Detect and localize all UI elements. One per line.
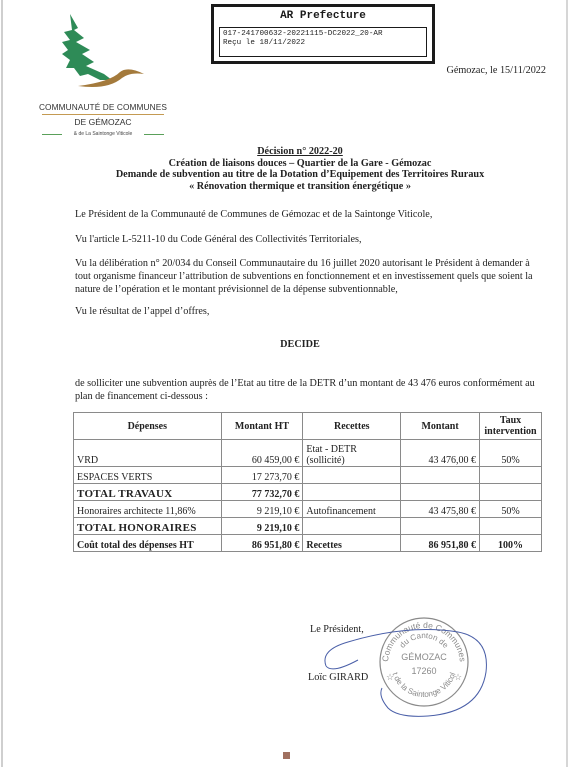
cell-montant [401, 518, 480, 535]
cell-recette [303, 467, 401, 484]
paragraph-appel-offres: Vu le résultat de l’appel d’offres, [75, 305, 545, 318]
cell-recette: Recettes [303, 535, 401, 552]
header-taux: Taux intervention [479, 413, 541, 440]
document-date: Gémozac, le 15/11/2022 [372, 65, 546, 76]
heading-line-1: Création de liaisons douces – Quartier d… [60, 158, 540, 170]
cell-montant-ht: 60 459,00 € [221, 440, 303, 467]
table-row: ESPACES VERTS 17 273,70 € [74, 467, 542, 484]
cell-montant-ht: 77 732,70 € [221, 484, 303, 501]
cell-depense: TOTAL HONORAIRES [74, 518, 222, 535]
heading-line-2: Demande de subvention au titre de la Dot… [60, 169, 540, 181]
leaf-bird-icon [60, 10, 150, 95]
logo-rule [42, 114, 164, 115]
cell-depense: TOTAL TRAVAUX [74, 484, 222, 501]
logo-dash-right [144, 134, 164, 135]
table-row: VRD 60 459,00 € Etat - DETR (sollicité) … [74, 440, 542, 467]
ar-reference: 017-241700632-20221115-DC2022_20-AR [223, 30, 423, 39]
table-row: Honoraires architecte 11,86% 9 219,10 € … [74, 501, 542, 518]
paragraph-solliciter: de solliciter une subvention auprès de l… [75, 377, 545, 403]
cell-recette: Autofinancement [303, 501, 401, 518]
page-edge-right [566, 0, 568, 767]
page-edge-left [1, 0, 3, 767]
cell-montant: 43 476,00 € [401, 440, 480, 467]
header-recettes: Recettes [303, 413, 401, 440]
cell-depense: Honoraires architecte 11,86% [74, 501, 222, 518]
table-row: TOTAL HONORAIRES 9 219,10 € [74, 518, 542, 535]
cell-montant [401, 467, 480, 484]
logo-line-1: COMMUNAUTÉ DE COMMUNES [38, 102, 168, 112]
cell-taux: 50% [479, 440, 541, 467]
header-montant: Montant [401, 413, 480, 440]
cell-recette: Etat - DETR (sollicité) [303, 440, 401, 467]
table-row: TOTAL TRAVAUX 77 732,70 € [74, 484, 542, 501]
cell-montant [401, 484, 480, 501]
cell-taux: 50% [479, 501, 541, 518]
paragraph-deliberation: Vu la délibération n° 20/034 du Conseil … [75, 257, 545, 296]
organization-logo: COMMUNAUTÉ DE COMMUNES DE GÉMOZAC & de L… [38, 10, 168, 135]
decide-heading: DECIDE [60, 339, 540, 350]
ar-details: 017-241700632-20221115-DC2022_20-AR Reçu… [219, 27, 427, 57]
ar-received-date: Reçu le 18/11/2022 [223, 39, 423, 48]
cell-montant-ht: 17 273,70 € [221, 467, 303, 484]
footer-mark [283, 752, 290, 759]
cell-depense: Coût total des dépenses HT [74, 535, 222, 552]
cell-recette [303, 518, 401, 535]
cell-montant-ht: 86 951,80 € [221, 535, 303, 552]
paragraph-article: Vu l'article L-5211-10 du Code Général d… [75, 233, 545, 246]
header-depenses: Dépenses [74, 413, 222, 440]
table-header-row: Dépenses Montant HT Recettes Montant Tau… [74, 413, 542, 440]
cell-taux: 100% [479, 535, 541, 552]
ar-prefecture-stamp: AR Prefecture 017-241700632-20221115-DC2… [211, 4, 435, 64]
cell-taux [479, 484, 541, 501]
heading-line-3: « Rénovation thermique et transition éne… [60, 181, 540, 193]
cell-taux [479, 467, 541, 484]
paragraph-president: Le Président de la Communauté de Commune… [75, 208, 545, 221]
cell-taux [479, 518, 541, 535]
decision-heading: Décision n° 2022-20 Création de liaisons… [60, 146, 540, 193]
cell-depense: VRD [74, 440, 222, 467]
decision-title: Décision n° 2022-20 [60, 146, 540, 158]
cell-montant: 86 951,80 € [401, 535, 480, 552]
financing-table: Dépenses Montant HT Recettes Montant Tau… [73, 412, 542, 552]
header-montant-ht: Montant HT [221, 413, 303, 440]
ar-title: AR Prefecture [214, 10, 432, 22]
cell-recette [303, 484, 401, 501]
cell-montant-ht: 9 219,10 € [221, 501, 303, 518]
cell-montant-ht: 9 219,10 € [221, 518, 303, 535]
cell-depense: ESPACES VERTS [74, 467, 222, 484]
table-row-total: Coût total des dépenses HT 86 951,80 € R… [74, 535, 542, 552]
logo-line-2: DE GÉMOZAC [38, 117, 168, 127]
handwritten-signature [318, 612, 488, 722]
cell-montant: 43 475,80 € [401, 501, 480, 518]
